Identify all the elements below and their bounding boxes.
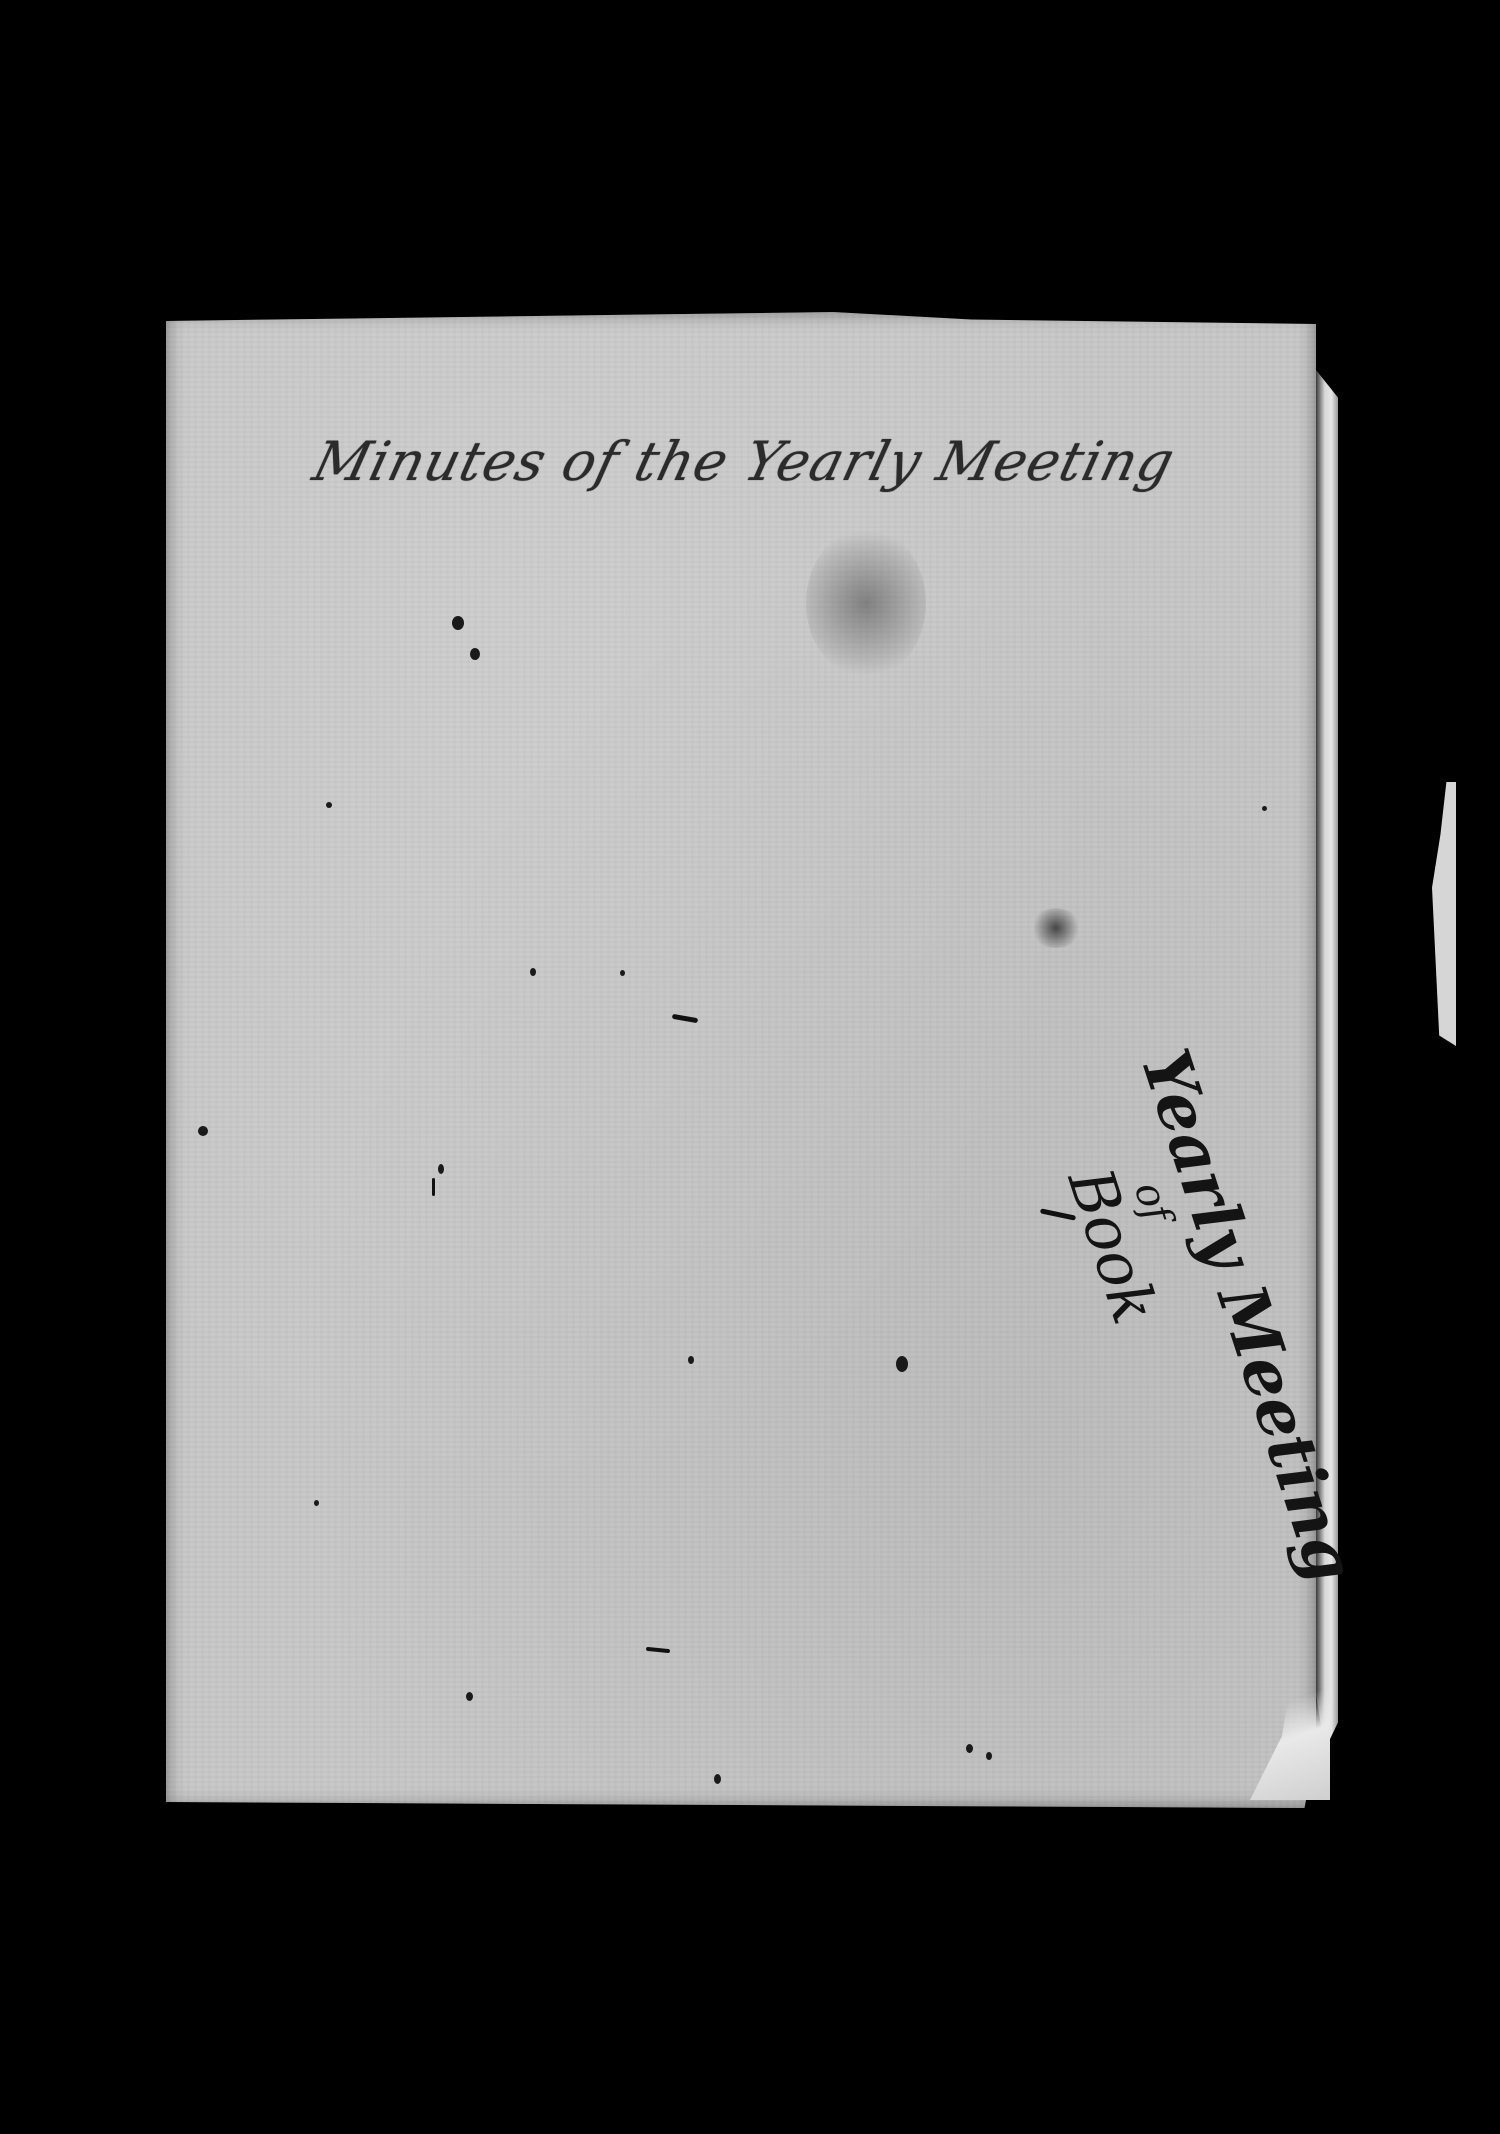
faded-line bbox=[600, 860, 1040, 918]
faded-line bbox=[600, 918, 1040, 976]
faded-bleed-through-text bbox=[600, 570, 1040, 1034]
faded-line bbox=[600, 686, 1040, 744]
ink-speck bbox=[326, 802, 332, 808]
ink-speck bbox=[530, 968, 536, 976]
ink-speck bbox=[198, 1126, 208, 1136]
ink-speck bbox=[620, 970, 625, 976]
ink-dash bbox=[432, 1178, 435, 1196]
ink-speck bbox=[986, 1752, 992, 1760]
faded-line bbox=[600, 744, 1040, 802]
ink-speck bbox=[966, 1744, 973, 1753]
ink-speck bbox=[470, 648, 480, 660]
faded-line bbox=[600, 570, 1040, 628]
faded-line bbox=[600, 976, 1040, 1034]
ink-speck bbox=[714, 1774, 721, 1784]
ink-speck bbox=[314, 1500, 319, 1506]
faded-line bbox=[600, 628, 1040, 686]
ink-speck bbox=[896, 1356, 908, 1372]
faded-line bbox=[600, 802, 1040, 860]
ink-speck bbox=[1262, 806, 1267, 811]
ink-speck bbox=[688, 1356, 694, 1364]
ink-speck bbox=[438, 1164, 444, 1174]
ink-speck bbox=[452, 616, 464, 630]
ink-speck bbox=[466, 1692, 473, 1701]
handwritten-title: Minutes of the Yearly Meeting bbox=[307, 430, 1183, 493]
